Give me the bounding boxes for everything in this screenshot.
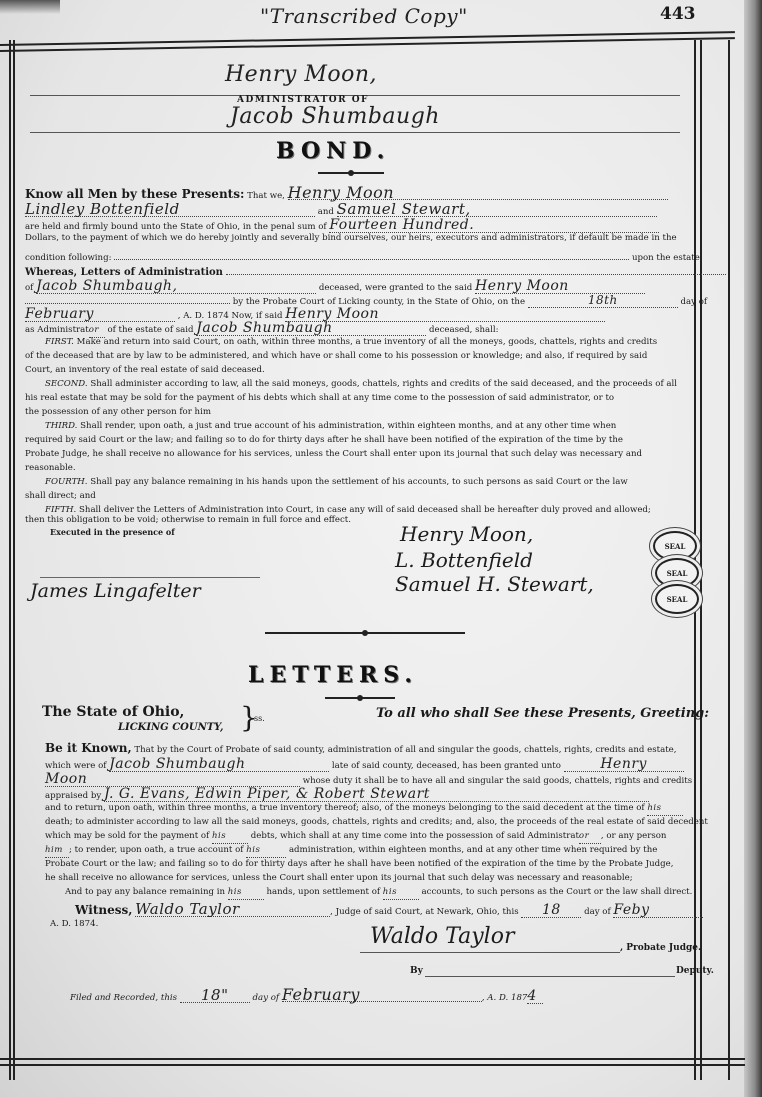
document-page: "Transcribed Copy" 443 Henry Moon, ADMIN…: [0, 0, 762, 1097]
ornament-divider: [325, 697, 395, 699]
text: Court, an inventory of the real estate o…: [25, 364, 692, 377]
text: his real estate that may be sold for the…: [25, 392, 692, 405]
granted-to-field: Henry Moon: [475, 280, 645, 294]
appraisers-field: J. G. Evans, Edwin Piper, & Robert Stewa…: [104, 788, 649, 802]
granted-to-field-2: Moon: [45, 773, 300, 787]
text: late of said county, deceased, has been …: [332, 761, 561, 771]
fill-field: him: [45, 844, 69, 858]
month-field: February: [25, 308, 175, 322]
day-num-field: 18th: [528, 294, 678, 308]
fill-field: or: [579, 830, 601, 844]
text: That by the Court of Probate of said cou…: [134, 745, 676, 755]
signature-3: Samuel H. Stewart,: [395, 572, 594, 596]
fill-field: his: [212, 830, 248, 844]
be-it-known: Be it Known,: [45, 741, 132, 755]
rule: [30, 132, 680, 133]
deceased-name-header: Jacob Shumbaugh: [230, 104, 440, 129]
surety1-field: Lindley Bottenfield: [25, 203, 315, 217]
executed-in-presence-label: Executed in the presence of: [50, 526, 175, 539]
deceased-field: Jacob Shumbaugh: [109, 758, 329, 772]
estate-of-field: Jacob Shumbaugh,: [36, 280, 316, 294]
text: debts, which shall at any time come into…: [251, 831, 579, 841]
right-border-2: [700, 40, 702, 1080]
text: Make and return into said Court, on oath…: [77, 337, 657, 347]
know-all-men: Know all Men by these Presents:: [25, 187, 244, 201]
right-border-3: [728, 40, 730, 1080]
filed-year-field: 4: [527, 990, 543, 1004]
text: , or any person: [601, 831, 667, 841]
text: And to pay any balance remaining in: [65, 887, 225, 897]
fill-field: his: [383, 886, 419, 900]
witness-label: Witness,: [75, 903, 132, 917]
blank: [226, 274, 726, 275]
text: Shall pay any balance remaining in his h…: [90, 477, 627, 487]
page-shadow: [0, 0, 60, 14]
text: shall direct; and: [25, 490, 692, 503]
third-label: THIRD.: [45, 421, 77, 431]
greeting: To all who shall See these Presents, Gre…: [376, 706, 709, 721]
text: and to return, upon oath, within three m…: [45, 803, 645, 813]
text: the possession of any other person for h…: [25, 406, 692, 419]
witness-line: [40, 577, 260, 578]
filed-day-field: 18": [180, 989, 250, 1003]
fourth-label: FOURTH.: [45, 477, 88, 487]
ornament-divider: [318, 172, 384, 174]
text: he shall receive no allowance for servic…: [45, 872, 692, 885]
text: deceased, shall:: [429, 325, 499, 335]
fill-field: his: [647, 802, 683, 816]
granted-to-field: Henry: [564, 758, 684, 772]
second-label: SECOND.: [45, 379, 88, 389]
deputy-line: [425, 976, 675, 977]
filed-month-field: February: [282, 988, 482, 1002]
text: Probate Court or the law; and failing so…: [45, 858, 692, 871]
text: as Administrat: [25, 325, 89, 335]
penal-sum-field: Fourteen Hundred.: [329, 219, 659, 233]
text: and: [318, 207, 334, 217]
ornament-divider: [265, 632, 465, 634]
text: which may be sold for the payment of: [45, 831, 209, 841]
ss-label: ss.: [254, 714, 265, 723]
text: required by said Court or the law; and f…: [25, 434, 692, 447]
judge-signature: Waldo Taylor: [370, 924, 514, 949]
text: of the deceased that are by law to be ad…: [25, 350, 692, 363]
witness-day-field: 18: [521, 904, 581, 918]
text: of: [25, 283, 33, 293]
administrator-name: Henry Moon,: [225, 62, 377, 87]
text: That we,: [247, 191, 285, 201]
text: Whereas, Letters of Administration: [25, 267, 223, 278]
bond-title: BOND.: [276, 138, 390, 164]
text: are held and firmly bound unto the State…: [25, 222, 327, 232]
left-border-2: [13, 40, 15, 1080]
bottom-rule-2: [0, 1064, 745, 1066]
blank: [25, 303, 230, 304]
county-label: LICKING COUNTY,: [118, 722, 224, 733]
filed-recorded-label: Filed and Recorded, this: [70, 993, 177, 1003]
text: Shall render, upon oath, a just and true…: [80, 421, 616, 431]
text: Shall administer according to law, all t…: [90, 379, 677, 389]
letters-title: LETTERS.: [248, 662, 418, 688]
deputy-label: Deputy.: [676, 965, 714, 978]
text: Dollars, to the payment of which we do h…: [25, 232, 692, 245]
page-number: 443: [660, 4, 696, 24]
by-label: By: [410, 965, 423, 978]
text: death; to administer according to law al…: [45, 816, 692, 829]
ad-year: A. D. 1874.: [50, 918, 98, 931]
seal-icon: SEAL: [655, 584, 699, 614]
signature-2: L. Bottenfield: [395, 548, 533, 572]
text: administration, within eighteen months, …: [289, 845, 657, 855]
text: , A. D. 187: [482, 993, 528, 1003]
judge-line: [360, 952, 620, 953]
text: , Judge of said Court, at Newark, Ohio, …: [330, 907, 518, 917]
right-border: [694, 40, 696, 1080]
text: hands, upon settlement of: [266, 887, 380, 897]
text: upon the estate: [632, 253, 700, 263]
transcribed-copy-annotation: "Transcribed Copy": [260, 4, 468, 28]
first-label: FIRST.: [45, 337, 74, 347]
principal-field: Henry Moon: [288, 186, 668, 200]
text: day of: [584, 907, 611, 917]
witness-signature: James Lingafelter: [30, 580, 201, 602]
text: ; to render, upon oath, a true account o…: [69, 845, 243, 855]
text: day of: [253, 993, 280, 1003]
witness-month-field: Feby: [613, 904, 703, 918]
probate-judge-label: , Probate Judge.: [620, 942, 701, 955]
now-if-name-field: Henry Moon: [285, 308, 605, 322]
text: which were of: [45, 761, 106, 771]
text: day of: [681, 297, 708, 307]
fill-field: his: [228, 886, 264, 900]
blank: [114, 259, 629, 260]
text: Probate Judge, he shall receive no allow…: [25, 448, 692, 461]
left-border: [9, 40, 11, 1080]
text: condition following:: [25, 253, 111, 263]
top-rule-2: [0, 37, 735, 51]
text: of the estate of said: [107, 325, 193, 335]
binding-edge: [744, 0, 762, 1097]
text: whose duty it shall be to have all and s…: [303, 776, 692, 786]
bottom-rule: [0, 1058, 745, 1060]
text: appraised by: [45, 791, 101, 801]
witness-name-field: Waldo Taylor: [135, 903, 330, 917]
text: deceased, were granted to the said: [319, 283, 472, 293]
surety2-field: Samuel Stewart,: [337, 203, 657, 217]
signature-1: Henry Moon,: [400, 522, 533, 546]
seal-icon: SEAL: [653, 531, 697, 561]
fill-field: his: [246, 844, 286, 858]
state-label: The State of Ohio,: [42, 704, 184, 720]
text: accounts, to such persons as the Court o…: [422, 887, 693, 897]
estate-said-field: Jacob Shumbaugh: [196, 322, 426, 336]
text: reasonable.: [25, 462, 692, 475]
